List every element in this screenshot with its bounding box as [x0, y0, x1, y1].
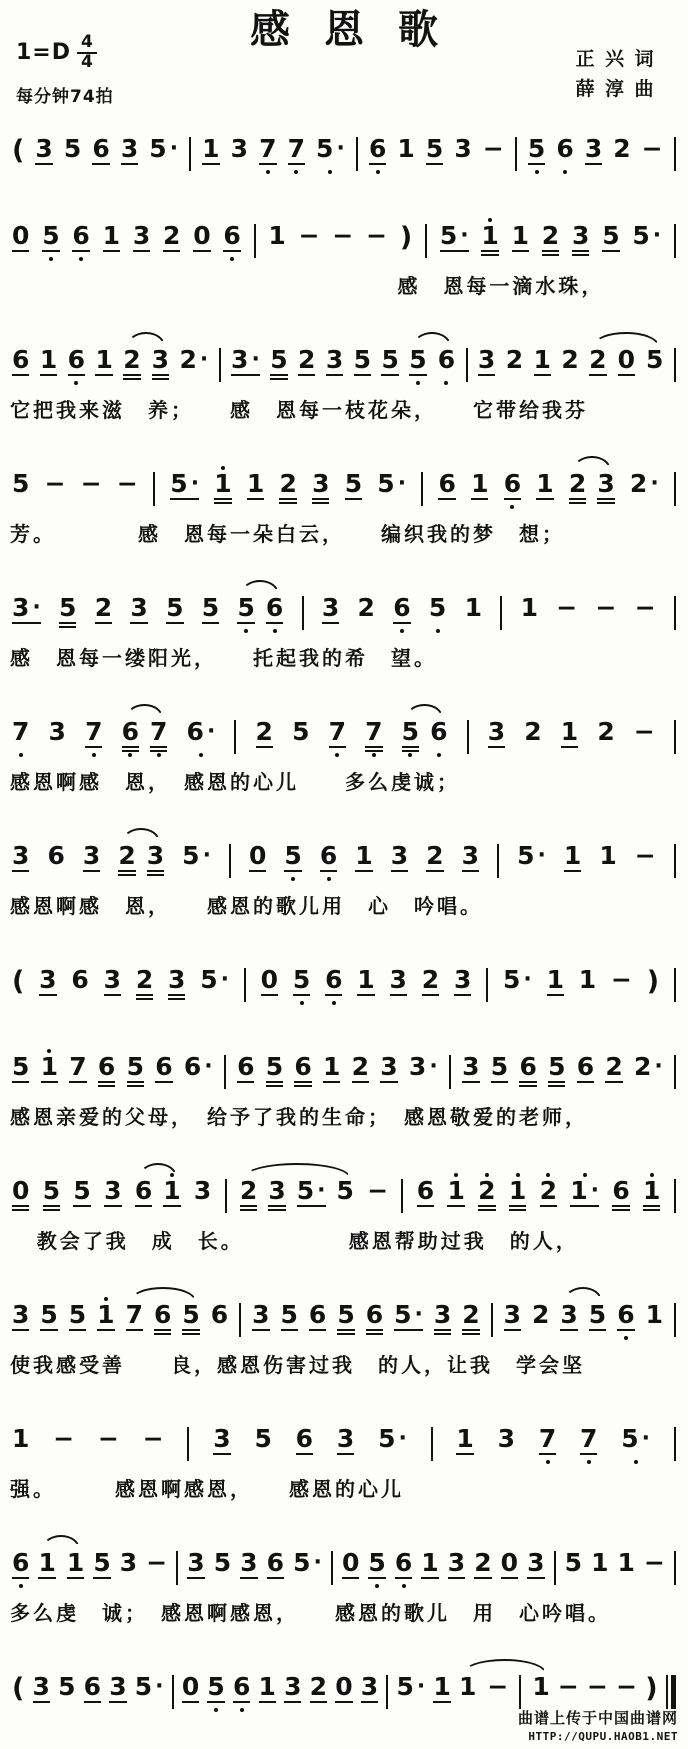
- low-octave-dot: [587, 1460, 591, 1464]
- note-number: 6: [122, 719, 139, 744]
- underline-1: [635, 622, 656, 624]
- notes-row: 056132061−−−)5·112355·: [10, 205, 678, 262]
- underline-2: [200, 998, 229, 1000]
- note-number: 3: [187, 1550, 204, 1575]
- underline-1: [402, 746, 419, 748]
- slur-group: 61: [135, 1172, 181, 1217]
- note: 3: [109, 1668, 126, 1713]
- note-number: 5: [646, 347, 663, 372]
- note: 1: [40, 341, 57, 386]
- note-number: 6: [296, 1426, 313, 1451]
- final-barline: [666, 1675, 676, 1709]
- underline-1: [40, 1329, 57, 1331]
- note: 5: [337, 1296, 354, 1341]
- note: 1: [433, 1668, 450, 1713]
- note-number: 0: [618, 347, 635, 372]
- note: 1: [465, 589, 482, 634]
- underline-1: [118, 870, 135, 872]
- key-signature: 1=D 4 4: [16, 34, 114, 72]
- underline-1: [577, 1081, 594, 1083]
- underline-1: [69, 1081, 86, 1083]
- underline-1: [267, 1577, 284, 1579]
- underline-1: [517, 870, 546, 872]
- time-signature-top: 4: [77, 34, 97, 54]
- underline-1: [320, 870, 337, 872]
- note: 1: [103, 217, 120, 262]
- underline-2: [93, 1581, 110, 1583]
- note-number: 3: [560, 1302, 577, 1327]
- underline-1: [84, 1701, 101, 1703]
- note: 3: [213, 1420, 230, 1465]
- underline-2: [312, 502, 329, 504]
- underline-2: [293, 998, 310, 1000]
- underline-1: [59, 622, 76, 624]
- note: 3: [152, 341, 169, 386]
- underline-2: [187, 750, 216, 752]
- note-number: 2: [123, 347, 140, 372]
- note: 3·: [12, 589, 41, 634]
- note: 7: [69, 1048, 86, 1093]
- underline-1: [378, 1453, 407, 1455]
- underline-1: [200, 994, 229, 996]
- note-number: 1: [163, 1178, 180, 1203]
- underline-2: [202, 167, 219, 169]
- note-number: 5: [281, 1302, 298, 1327]
- underline-1: [155, 1081, 172, 1083]
- notes-row: 6161232·3·52355563212205: [10, 329, 678, 386]
- dash-note: −: [332, 217, 353, 262]
- note: 6: [417, 1172, 434, 1217]
- time-signature: 4 4: [77, 34, 97, 72]
- note-number: 5: [402, 719, 419, 744]
- rest-note: 0: [12, 1172, 29, 1217]
- underline-2: [240, 1209, 257, 1211]
- underline-2: [49, 750, 66, 752]
- note: 2: [310, 1668, 327, 1713]
- footer-site-url: HTTP://QUPU.HAOB1.NET: [518, 1730, 678, 1743]
- dash-note: −: [644, 1544, 665, 1589]
- barline: [497, 844, 499, 878]
- underline-1: [12, 498, 29, 500]
- underline-1: [478, 374, 495, 376]
- underline-2: [40, 1333, 57, 1335]
- underline-2: [409, 1085, 438, 1087]
- note: 2: [569, 465, 586, 510]
- underline-2: [337, 1333, 354, 1335]
- note: 5·: [440, 217, 469, 262]
- note-number: 3: [133, 223, 150, 248]
- underline-1: [323, 1081, 340, 1083]
- note-number: 5·: [135, 1674, 164, 1699]
- slur-arc: [126, 704, 164, 718]
- underline-1: [564, 870, 581, 872]
- slur-arc: [573, 456, 611, 470]
- underline-1: [292, 746, 309, 748]
- note-number: 5: [237, 595, 254, 620]
- underline-2: [268, 1209, 285, 1211]
- note-number: 5: [491, 1054, 508, 1079]
- underline-1: [579, 994, 596, 996]
- note: 5·: [517, 837, 546, 882]
- underline-2: [127, 1085, 144, 1087]
- note: 3: [252, 1296, 269, 1341]
- credits: 正兴词 薛淳曲: [576, 44, 664, 105]
- augmentation-dot: ·: [654, 1056, 662, 1078]
- low-octave-dot: [19, 753, 23, 757]
- note-number: 5: [93, 1550, 110, 1575]
- underline-2: [12, 502, 29, 504]
- note: 7: [85, 713, 102, 758]
- underline-2: [130, 626, 147, 628]
- note-number: 6·: [184, 1054, 213, 1079]
- underline-1: [434, 1329, 451, 1331]
- low-octave-dot: [92, 753, 96, 757]
- underline-2: [133, 254, 150, 256]
- note-number: 1: [202, 136, 219, 161]
- underline-2: [247, 502, 264, 504]
- note: 1·: [570, 1172, 599, 1217]
- note: 3: [104, 1172, 121, 1217]
- underline-2: [73, 1209, 90, 1211]
- note: 1: [67, 1544, 84, 1589]
- underline-2: [98, 1085, 115, 1087]
- underline-1: [296, 1453, 313, 1455]
- note: 3: [120, 1544, 137, 1589]
- underline-2: [368, 1581, 385, 1583]
- note: 6: [267, 1544, 284, 1589]
- note-number: 5·: [297, 1178, 326, 1203]
- dash-note: −: [635, 837, 656, 882]
- underline-1: [312, 498, 329, 500]
- note-number: 5·: [293, 1550, 322, 1575]
- underline-2: [12, 750, 29, 752]
- underline-2: [422, 998, 439, 1000]
- underline-1: [194, 1205, 211, 1207]
- underline-2: [120, 1581, 137, 1583]
- note: 6: [155, 1048, 172, 1093]
- note-number: 5: [368, 1550, 385, 1575]
- underline-2: [617, 1333, 634, 1335]
- note-number: 5·: [200, 967, 229, 992]
- note-number: −: [146, 1550, 167, 1575]
- underline-2: [358, 626, 375, 628]
- note-number: 6: [266, 595, 283, 620]
- low-octave-dot: [291, 877, 295, 881]
- underline-2: [618, 1581, 635, 1583]
- underline-1: [438, 374, 455, 376]
- low-octave-dot: [266, 170, 270, 174]
- note-number: 6·: [187, 719, 216, 744]
- underline-2: [381, 378, 398, 380]
- note-number: 0: [342, 1550, 359, 1575]
- note: 1: [268, 217, 285, 262]
- barline: [234, 720, 236, 754]
- underline-2: [542, 254, 559, 256]
- dash-note: −: [483, 130, 504, 175]
- underline-2: [266, 1085, 283, 1087]
- note: 3: [194, 1172, 211, 1217]
- underline-1: [433, 1701, 450, 1703]
- note: 3: [462, 837, 479, 882]
- underline-2: [184, 1085, 213, 1087]
- note: 5·: [396, 1668, 425, 1713]
- note: 1: [202, 130, 219, 175]
- underline-2: [103, 254, 120, 256]
- lyrics-line: 使我感受善 良，感恩伤害过我 的人，让我 学会坚: [10, 1349, 678, 1378]
- dash-note: −: [45, 465, 66, 510]
- note: 5·: [503, 961, 532, 1006]
- underline-1: [561, 746, 578, 748]
- note-number: 2: [358, 595, 375, 620]
- notes-row: 737676·2577563212−: [10, 701, 678, 758]
- note: 5: [40, 1296, 57, 1341]
- note-number: 6: [223, 223, 240, 248]
- low-octave-dot: [199, 753, 203, 757]
- underline-2: [292, 750, 309, 752]
- note: 3: [434, 1296, 451, 1341]
- note-number: 5·: [149, 136, 178, 161]
- underline-2: [402, 750, 419, 752]
- underline-2: [231, 167, 248, 169]
- underline-1: [154, 1329, 171, 1331]
- note: 2: [613, 130, 630, 175]
- underline-2: [433, 1705, 450, 1707]
- underline-2: [456, 1457, 473, 1459]
- note-number: 6: [438, 347, 455, 372]
- low-octave-dot: [372, 753, 376, 757]
- note: 3: [121, 130, 138, 175]
- note-number: 1: [547, 967, 564, 992]
- note-number: 6: [233, 1674, 250, 1699]
- lyrics-line: 感恩亲爱的父母， 给予了我的生命； 感恩敬爱的老师，: [10, 1101, 678, 1130]
- underline-2: [193, 254, 210, 256]
- note-number: 3·: [409, 1054, 438, 1079]
- note: 5·: [621, 1420, 650, 1465]
- note: 3: [391, 837, 408, 882]
- note: 2·: [634, 1048, 663, 1093]
- close-paren: ): [647, 968, 659, 995]
- note-number: 3: [448, 1550, 465, 1575]
- underline-1: [33, 1701, 50, 1703]
- underline-2: [81, 502, 102, 504]
- note-number: 3: [585, 136, 602, 161]
- note: 2: [358, 589, 375, 634]
- underline-1: [93, 1577, 110, 1579]
- underline-1: [556, 163, 573, 165]
- note-number: 1: [397, 136, 414, 161]
- underline-1: [45, 498, 66, 500]
- close-paren: ): [645, 1675, 657, 1702]
- note-number: 1: [214, 471, 231, 496]
- note-number: 5·: [182, 843, 211, 868]
- note: 1: [459, 1668, 476, 1713]
- underline-2: [104, 998, 121, 1000]
- note: 5: [429, 589, 446, 634]
- augmentation-dot: ·: [415, 1304, 423, 1326]
- barline: [153, 472, 155, 506]
- note-number: 5: [548, 1054, 565, 1079]
- underline-2: [361, 1705, 378, 1707]
- note-number: 3: [597, 471, 614, 496]
- note: 6: [92, 130, 109, 175]
- underline-1: [182, 1701, 199, 1703]
- underline-2: [122, 750, 139, 752]
- note: 2: [532, 1296, 549, 1341]
- underline-1: [448, 1577, 465, 1579]
- note: 3: [12, 837, 29, 882]
- low-octave-dot: [437, 753, 441, 757]
- note-number: 5: [43, 1178, 60, 1203]
- underline-2: [154, 1333, 171, 1335]
- note: 3: [312, 465, 329, 510]
- underline-2: [231, 378, 260, 380]
- note-number: 6: [617, 1302, 634, 1327]
- note: 2: [163, 217, 180, 262]
- low-octave-dot: [402, 1584, 406, 1588]
- note-number: 5: [337, 1178, 354, 1203]
- note-number: 5: [59, 595, 76, 620]
- underline-2: [211, 1333, 228, 1335]
- underline-2: [434, 1333, 451, 1335]
- underline-2: [12, 1333, 29, 1335]
- underline-1: [422, 994, 439, 996]
- underline-2: [182, 874, 211, 876]
- underline-1: [644, 1577, 665, 1579]
- note: 1: [643, 1172, 660, 1217]
- slur-arc: [593, 332, 659, 346]
- note-number: 2: [478, 1178, 495, 1203]
- barline: [239, 1303, 241, 1337]
- note-number: 2: [256, 719, 273, 744]
- note-number: 5·: [632, 223, 661, 248]
- note: 3: [597, 465, 614, 510]
- underline-2: [84, 1705, 101, 1707]
- underline-2: [417, 1209, 434, 1211]
- note: 3: [454, 961, 471, 1006]
- augmentation-dot: ·: [170, 138, 178, 160]
- note: 5: [166, 589, 183, 634]
- score-line: (363235·05613235·11−): [10, 949, 678, 1006]
- dash-note: −: [596, 589, 617, 634]
- underline-2: [503, 998, 532, 1000]
- dash-note: −: [611, 961, 632, 1006]
- note-number: 1: [357, 967, 374, 992]
- note-number: 0: [12, 223, 29, 248]
- underline-1: [326, 374, 343, 376]
- underline-2: [394, 1333, 423, 1335]
- underline-2: [45, 502, 66, 504]
- barline: [674, 1179, 676, 1213]
- note: 6: [325, 961, 342, 1006]
- lyrics-line: 教会了我 成 长。 感恩帮助过我 的人，: [10, 1225, 678, 1254]
- underline-2: [214, 502, 231, 504]
- underline-1: [213, 1453, 230, 1455]
- note-number: 3: [130, 595, 147, 620]
- note-number: 6: [98, 1054, 115, 1079]
- underline-2: [430, 750, 447, 752]
- note-number: 3: [337, 1426, 354, 1451]
- barline: [554, 1551, 556, 1585]
- note: 2·: [630, 465, 659, 510]
- underline-2: [440, 254, 469, 256]
- note-number: 3: [12, 843, 29, 868]
- note-number: 3: [462, 1054, 479, 1079]
- note-number: 1: [323, 1054, 340, 1079]
- underline-1: [322, 622, 339, 624]
- dash-note: −: [146, 1544, 167, 1589]
- note-number: 6: [366, 1302, 383, 1327]
- underline-1: [335, 1701, 352, 1703]
- note-number: 3: [361, 1674, 378, 1699]
- underline-2: [462, 1333, 479, 1335]
- underline-2: [155, 1085, 172, 1087]
- underline-1: [127, 1081, 144, 1083]
- note: 6·: [187, 713, 216, 758]
- underline-1: [395, 1577, 412, 1579]
- note-number: 6: [369, 136, 386, 161]
- note: 6: [519, 1048, 536, 1093]
- underline-1: [266, 622, 283, 624]
- underline-1: [254, 1453, 271, 1455]
- underline-2: [635, 626, 656, 628]
- header: 1=D 4 4 每分钟74拍 感恩歌 正兴词 薛淳曲: [10, 8, 678, 112]
- score-line: 6161232·3·52355563212205它把我来滋 养； 感 恩每一枝花…: [10, 329, 678, 423]
- underline-1: [121, 163, 138, 165]
- note: 1: [471, 465, 488, 510]
- underline-2: [12, 1085, 29, 1087]
- underline-2: [345, 502, 362, 504]
- augmentation-dot: ·: [591, 1180, 599, 1202]
- barline: [425, 224, 427, 258]
- note: 2: [352, 1048, 369, 1093]
- underline-1: [646, 374, 663, 376]
- note: 5: [293, 961, 310, 1006]
- underline-2: [556, 626, 577, 628]
- note-number: 6: [211, 1302, 228, 1327]
- note: 5: [565, 1544, 582, 1589]
- underline-1: [43, 1205, 60, 1207]
- low-octave-dot: [535, 170, 539, 174]
- note-number: 1: [433, 1674, 450, 1699]
- note-number: 7: [69, 1054, 86, 1079]
- underline-1: [72, 250, 89, 252]
- score-line: 737676·2577563212−感恩啊感 恩， 感恩的心儿 多么虔诚；: [10, 701, 678, 795]
- underline-2: [365, 750, 382, 752]
- underline-1: [163, 250, 180, 252]
- underline-1: [309, 1329, 326, 1331]
- note-number: 1: [591, 1550, 608, 1575]
- underline-1: [560, 1329, 577, 1331]
- underline-1: [12, 622, 41, 624]
- underline-2: [337, 1209, 354, 1211]
- augmentation-dot: ·: [155, 1676, 163, 1698]
- sheet-music-page: 1=D 4 4 每分钟74拍 感恩歌 正兴词 薛淳曲 (35635·13775·…: [0, 0, 688, 1749]
- underline-2: [396, 1705, 425, 1707]
- note: 5·: [378, 1420, 407, 1465]
- barline: [401, 1179, 403, 1213]
- underline-1: [259, 1701, 276, 1703]
- underline-2: [462, 1085, 479, 1087]
- note-number: 3: [312, 471, 329, 496]
- underline-1: [572, 250, 589, 252]
- underline-2: [509, 1209, 526, 1211]
- note: 3: [527, 1544, 544, 1589]
- low-octave-dot: [563, 170, 567, 174]
- note: 5: [69, 1296, 86, 1341]
- note-number: 5: [426, 136, 443, 161]
- slur-arc: [122, 828, 160, 842]
- underline-2: [117, 502, 138, 504]
